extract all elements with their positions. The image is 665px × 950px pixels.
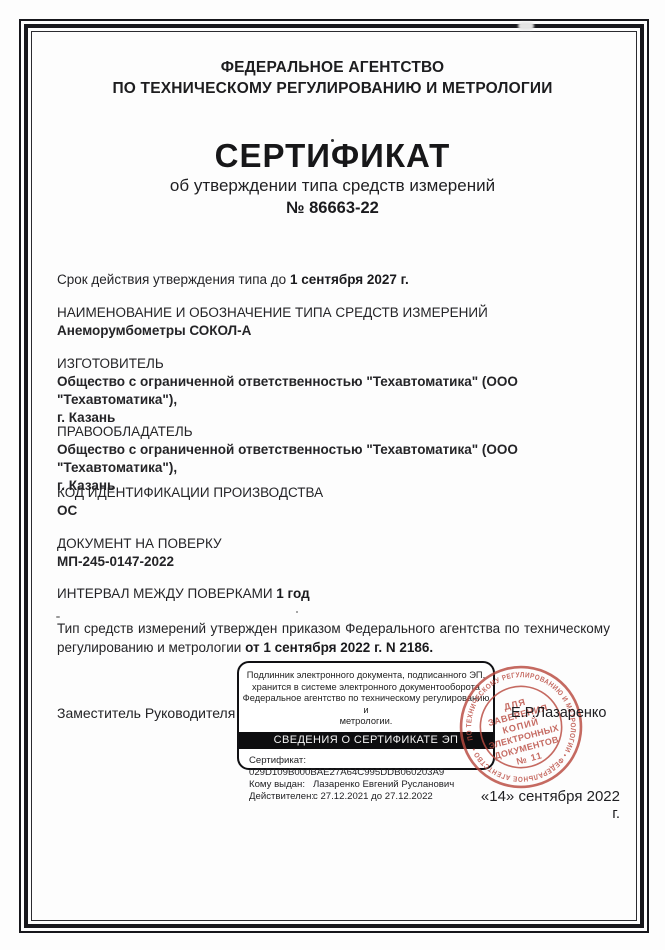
order-value: от 1 сентября 2022 г. N 2186. xyxy=(245,640,433,655)
agency-header-line1: ФЕДЕРАЛЬНОЕ АГЕНТСТВО xyxy=(40,57,625,78)
name-value: Анеморумбометры СОКОЛ-А xyxy=(57,322,610,340)
agency-header-line2: ПО ТЕХНИЧЕСКОМУ РЕГУЛИРОВАНИЮ И МЕТРОЛОГ… xyxy=(40,78,625,99)
esign-issued-label: Кому выдан: xyxy=(249,779,313,791)
scan-artifact-speck xyxy=(56,616,60,618)
esign-valid-row: Действителен:с 27.12.2021 до 27.12.2022 xyxy=(249,791,493,803)
esign-head-line1: Подлинник электронного документа, подпис… xyxy=(239,670,493,682)
esign-cert-value: 029D109B000BAE27A64C995DDB060203A9 xyxy=(249,767,444,778)
manufacturer-value-line1: Общество с ограниченной ответственностью… xyxy=(57,373,610,409)
validity-value: 1 сентября 2027 г. xyxy=(290,272,409,287)
interval-row: ИНТЕРВАЛ МЕЖДУ ПОВЕРКАМИ 1 год xyxy=(57,585,610,603)
certificate-subtitle: об утверждении типа средств измерений xyxy=(40,176,625,196)
order-paragraph: Тип средств измерений утвержден приказом… xyxy=(57,620,610,657)
esign-cert-row: Сертификат:029D109B000BAE27A64C995DDB060… xyxy=(249,755,493,779)
interval-value: 1 год xyxy=(276,586,309,601)
certificate-title: СЕРТИФИКАТ xyxy=(40,137,625,175)
verification-doc-value: МП-245-0147-2022 xyxy=(57,553,610,571)
esign-box: Подлинник электронного документа, подпис… xyxy=(237,661,495,770)
esign-head-line2: хранится в системе электронного документ… xyxy=(239,682,493,694)
rightsholder-label: ПРАВООБЛАДАТЕЛЬ xyxy=(57,423,610,441)
esign-head-line4: метрологии. xyxy=(239,716,493,728)
production-code-section: КОД ИДЕНТИФИКАЦИИ ПРОИЗВОДСТВА ОС xyxy=(57,484,610,520)
interval-prefix: ИНТЕРВАЛ МЕЖДУ ПОВЕРКАМИ xyxy=(57,586,276,601)
esign-box-header: Подлинник электронного документа, подпис… xyxy=(239,670,493,728)
signature-date: «14» сентября 2022 г. xyxy=(470,788,620,822)
esign-info-bar: СВЕДЕНИЯ О СЕРТИФИКАТЕ ЭП xyxy=(239,732,493,749)
certificate-number: № 86663-22 xyxy=(40,199,625,218)
name-section: НАИМЕНОВАНИЕ И ОБОЗНАЧЕНИЕ ТИПА СРЕДСТВ … xyxy=(57,304,610,340)
esign-head-line3: Федеральное агентство по техническому ре… xyxy=(239,693,493,716)
production-code-value: ОС xyxy=(57,502,610,520)
scan-artifact-smudge xyxy=(518,22,534,30)
esign-issued-value: Лазаренко Евгений Русланович xyxy=(313,779,454,790)
scan-artifact-dot xyxy=(331,139,334,142)
esign-issued-row: Кому выдан:Лазаренко Евгений Русланович xyxy=(249,779,493,791)
signatory-name: Е.Р.Лазаренко xyxy=(511,705,607,721)
esign-details: Сертификат:029D109B000BAE27A64C995DDB060… xyxy=(249,755,493,804)
scan-artifact-speck xyxy=(296,611,298,613)
esign-valid-value: с 27.12.2021 до 27.12.2022 xyxy=(313,791,433,802)
certificate-page: ФЕДЕРАЛЬНОЕ АГЕНТСТВО ПО ТЕХНИЧЕСКОМУ РЕ… xyxy=(0,0,665,950)
validity-prefix: Срок действия утверждения типа до xyxy=(57,272,290,287)
validity-row: Срок действия утверждения типа до 1 сент… xyxy=(57,271,610,289)
verification-doc-label: ДОКУМЕНТ НА ПОВЕРКУ xyxy=(57,535,610,553)
name-label: НАИМЕНОВАНИЕ И ОБОЗНАЧЕНИЕ ТИПА СРЕДСТВ … xyxy=(57,304,610,322)
manufacturer-label: ИЗГОТОВИТЕЛЬ xyxy=(57,355,610,373)
rightsholder-value-line1: Общество с ограниченной ответственностью… xyxy=(57,441,610,477)
manufacturer-section: ИЗГОТОВИТЕЛЬ Общество с ограниченной отв… xyxy=(57,355,610,427)
production-code-label: КОД ИДЕНТИФИКАЦИИ ПРОИЗВОДСТВА xyxy=(57,484,610,502)
signatory-position: Заместитель Руководителя xyxy=(57,705,235,721)
agency-header: ФЕДЕРАЛЬНОЕ АГЕНТСТВО ПО ТЕХНИЧЕСКОМУ РЕ… xyxy=(40,57,625,99)
verification-doc-section: ДОКУМЕНТ НА ПОВЕРКУ МП-245-0147-2022 xyxy=(57,535,610,571)
esign-valid-label: Действителен: xyxy=(249,791,313,803)
esign-cert-label: Сертификат: xyxy=(249,755,313,767)
